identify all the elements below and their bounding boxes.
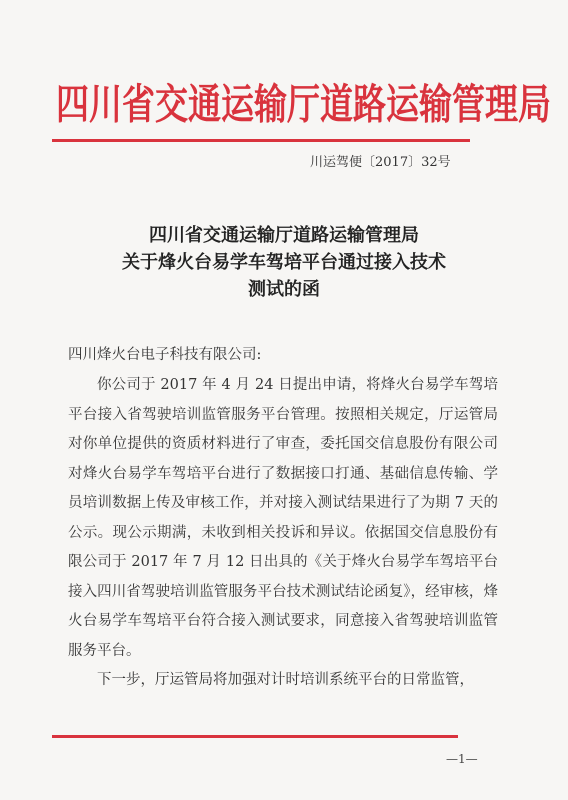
document-page: 四川省交通运输厅道路运输管理局 川运驾便〔2017〕32号 四川省交通运输厅道路… [0, 0, 568, 800]
page-number: —1— [446, 752, 478, 766]
body-paragraph-1: 你公司于 2017 年 4 月 24 日提出申请，将烽火台易学车驾培平台接入省驾… [68, 371, 498, 666]
title-line-1: 四川省交通运输厅道路运输管理局 [60, 222, 508, 249]
title-line-2: 关于烽火台易学车驾培平台通过接入技术 [60, 249, 508, 276]
body-paragraph-2: 下一步，厅运管局将加强对计时培训系统平台的日常监管， [68, 666, 498, 696]
document-title: 四川省交通运输厅道路运输管理局 关于烽火台易学车驾培平台通过接入技术 测试的函 [60, 222, 508, 303]
organization-header: 四川省交通运输厅道路运输管理局 [56, 72, 468, 131]
header-red-rule [52, 139, 470, 142]
salutation: 四川烽火台电子科技有限公司: [68, 343, 261, 364]
title-line-3: 测试的函 [60, 276, 508, 303]
footer-red-rule [52, 735, 458, 738]
document-body: 你公司于 2017 年 4 月 24 日提出申请，将烽火台易学车驾培平台接入省驾… [68, 371, 498, 696]
document-number: 川运驾便〔2017〕32号 [310, 151, 451, 170]
